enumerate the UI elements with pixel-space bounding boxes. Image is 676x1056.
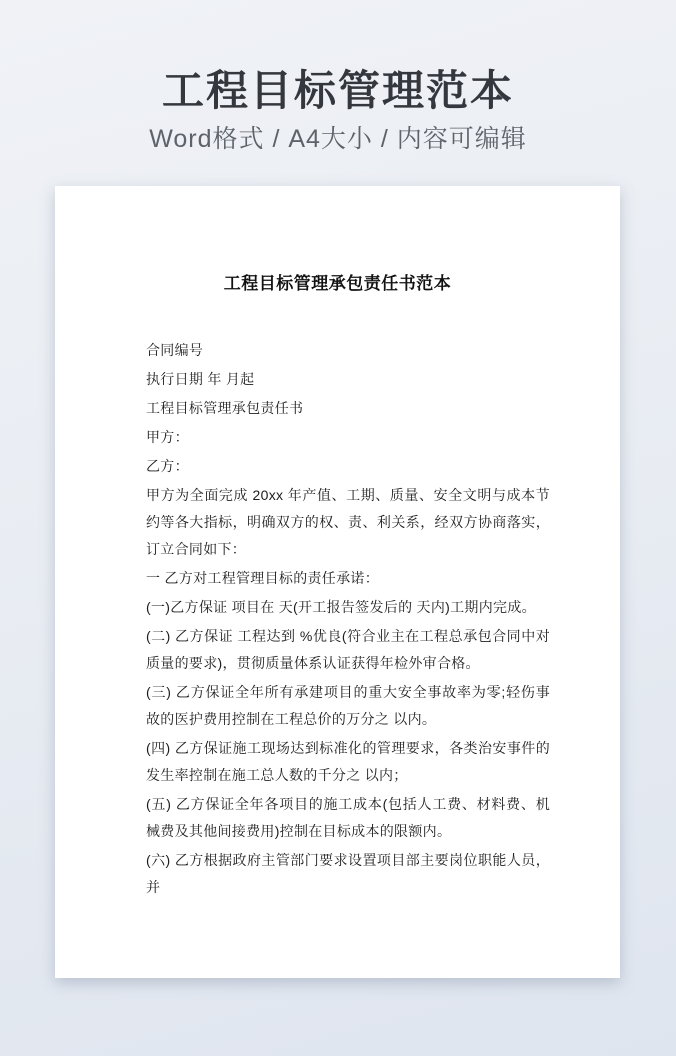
document-paragraph: (三) 乙方保证全年所有承建项目的重大安全事故率为零;轻伤事故的医护费用控制在工… (146, 679, 550, 733)
document-paragraph: (二) 乙方保证 工程达到 %优良(符合业主在工程总承包合同中对质量的要求)，贯… (146, 623, 550, 677)
document-paragraph: 合同编号 (146, 337, 550, 364)
document-paragraph: 执行日期 年 月起 (146, 366, 550, 393)
document-body: 合同编号执行日期 年 月起工程目标管理承包责任书甲方：乙方：甲方为全面完成 20… (146, 337, 550, 901)
header-title: 工程目标管理范本 (0, 0, 676, 116)
document-paragraph: 甲方： (146, 424, 550, 451)
document-paragraph: 乙方： (146, 453, 550, 480)
document-paragraph: (六) 乙方根据政府主管部门要求设置项目部主要岗位职能人员，并 (146, 847, 550, 901)
template-preview-page: { "header": { "title": "工程目标管理范本", "subt… (0, 0, 676, 1056)
header-banner: 工程目标管理范本 Word格式 / A4大小 / 内容可编辑 (0, 0, 676, 156)
document-paragraph: 工程目标管理承包责任书 (146, 395, 550, 422)
header-subtitle: Word格式 / A4大小 / 内容可编辑 (0, 122, 676, 156)
document-paragraph: 一 乙方对工程管理目标的责任承诺： (146, 565, 550, 592)
document-title: 工程目标管理承包责任书范本 (146, 272, 529, 296)
document-paragraph: (一)乙方保证 项目在 天(开工报告签发后的 天内)工期内完成。 (146, 594, 550, 621)
document-paragraph: 甲方为全面完成 20xx 年产值、工期、质量、安全文明与成本节约等各大指标，明确… (146, 482, 550, 563)
document-paragraph: (四) 乙方保证施工现场达到标准化的管理要求，各类治安事件的发生率控制在施工总人… (146, 735, 550, 789)
document-page: 工程目标管理承包责任书范本 合同编号执行日期 年 月起工程目标管理承包责任书甲方… (55, 186, 620, 978)
document-paragraph: (五) 乙方保证全年各项目的施工成本(包括人工费、材料费、机械费及其他间接费用)… (146, 791, 550, 845)
